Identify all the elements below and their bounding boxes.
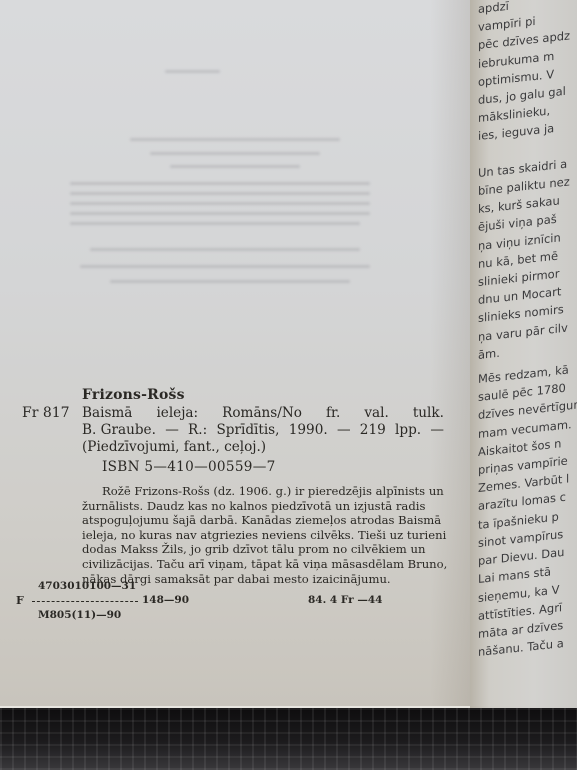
udc-code: 84. 4 Fr —44 (308, 594, 382, 606)
annotation: Rožē Frizons-Rošs (dz. 1906. g.) ir pier… (82, 484, 447, 586)
annotation-line: žurnālists. Daudz kas no kalnos piedzīvo… (82, 499, 447, 514)
right-page-text: apdzī vampīri pi pēc dzīves apdz iebruku… (478, 0, 577, 661)
fraction-line (32, 601, 138, 602)
right-page: apdzī vampīri pi pēc dzīves apdz iebruku… (470, 0, 577, 745)
woven-surface (0, 708, 577, 770)
blurred-title-area (70, 70, 370, 290)
imprint-number-right: 148—90 (142, 594, 189, 606)
annotation-line: ieleja, no kuras nav atgriezies neviens … (82, 528, 447, 543)
entry-line: (Piedzīvojumi, fant., ceļoj.) (82, 439, 444, 456)
annotation-line: civilizācijas. Taču arī viņam, tāpat kā … (82, 557, 447, 572)
entry-line: Baismā ieleja: Romāns/No fr. val. tulk. (82, 405, 444, 422)
left-page: Frizons-Rošs Fr 817 Baismā ieleja: Romān… (0, 0, 470, 708)
imprint-letter: F (16, 594, 24, 607)
annotation-line: nākas dārgi samaksāt par dabai mesto iza… (82, 572, 447, 587)
book-photo: Frizons-Rošs Fr 817 Baismā ieleja: Romān… (0, 0, 577, 770)
imprint-number-bottom: M805(11)—90 (38, 609, 121, 621)
author-name: Frizons-Rošs (82, 387, 185, 403)
classification-code: Fr 817 (22, 405, 70, 421)
annotation-line: atspoguļojumu šajā darbā. Kanādas ziemeļ… (82, 513, 447, 528)
bibliographic-entry: Baismā ieleja: Romāns/No fr. val. tulk. … (82, 405, 444, 456)
annotation-line: dodas Makss Žils, jo grib dzīvot tālu pr… (82, 542, 447, 557)
imprint-number-top: 4703010100—31 (38, 580, 136, 592)
annotation-line: Rožē Frizons-Rošs (dz. 1906. g.) ir pier… (82, 484, 447, 499)
entry-line: B. Graube. — R.: Sprīdītis, 1990. — 219 … (82, 422, 444, 439)
isbn: ISBN 5—410—00559—7 (102, 459, 276, 475)
